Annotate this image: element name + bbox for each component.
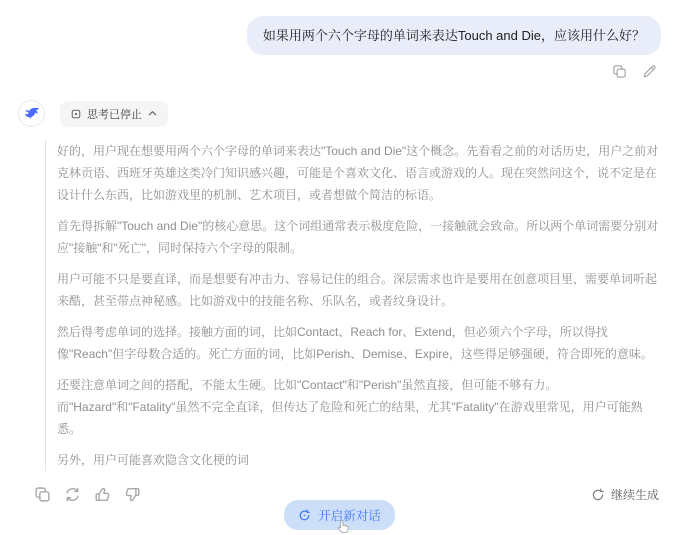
copy-icon[interactable] xyxy=(612,64,627,79)
thinking-paragraph: 用户可能不只是要直译，而是想要有冲击力、容易记住的组合。深层需求也许是要用在创意… xyxy=(57,268,662,312)
thinking-paragraph: 首先得拆解"Touch and Die"的核心意思。这个词组通常表示极度危险，一… xyxy=(57,215,662,259)
user-message-actions xyxy=(18,64,657,79)
deepseek-whale-icon xyxy=(22,104,41,123)
hand-pointer-cursor xyxy=(335,519,351,535)
chat-window: 如果用两个六个字母的单词来表达Touch and Die，应该用什么好？ xyxy=(0,0,679,535)
thinking-content: 好的，用户现在想要用两个六个字母的单词来表达"Touch and Die"这个概… xyxy=(45,140,662,471)
chevron-up-icon xyxy=(148,109,157,118)
new-chat-icon xyxy=(298,509,311,522)
thinking-paragraph: 另外，用户可能喜欢隐含文化梗的词 xyxy=(57,449,662,471)
thinking-paragraph: 还要注意单词之间的搭配，不能太生硬。比如"Contact"和"Perish"虽然… xyxy=(57,374,662,440)
thinking-toggle-label: 思考已停止 xyxy=(87,106,142,122)
assistant-avatar xyxy=(18,100,45,127)
user-message-row: 如果用两个六个字母的单词来表达Touch and Die，应该用什么好？ xyxy=(18,16,661,55)
footer: 开启新对话 xyxy=(0,500,679,530)
thinking-paragraph: 然后得考虑单词的选择。接触方面的词，比如Contact、Reach for、Ex… xyxy=(57,321,662,365)
assistant-header: 思考已停止 xyxy=(18,100,661,127)
edit-icon[interactable] xyxy=(642,64,657,79)
user-message-bubble: 如果用两个六个字母的单词来表达Touch and Die，应该用什么好？ xyxy=(247,16,661,55)
thinking-icon xyxy=(71,109,81,119)
thinking-toggle-button[interactable]: 思考已停止 xyxy=(60,101,168,127)
thinking-paragraph: 好的，用户现在想要用两个六个字母的单词来表达"Touch and Die"这个概… xyxy=(57,140,662,206)
